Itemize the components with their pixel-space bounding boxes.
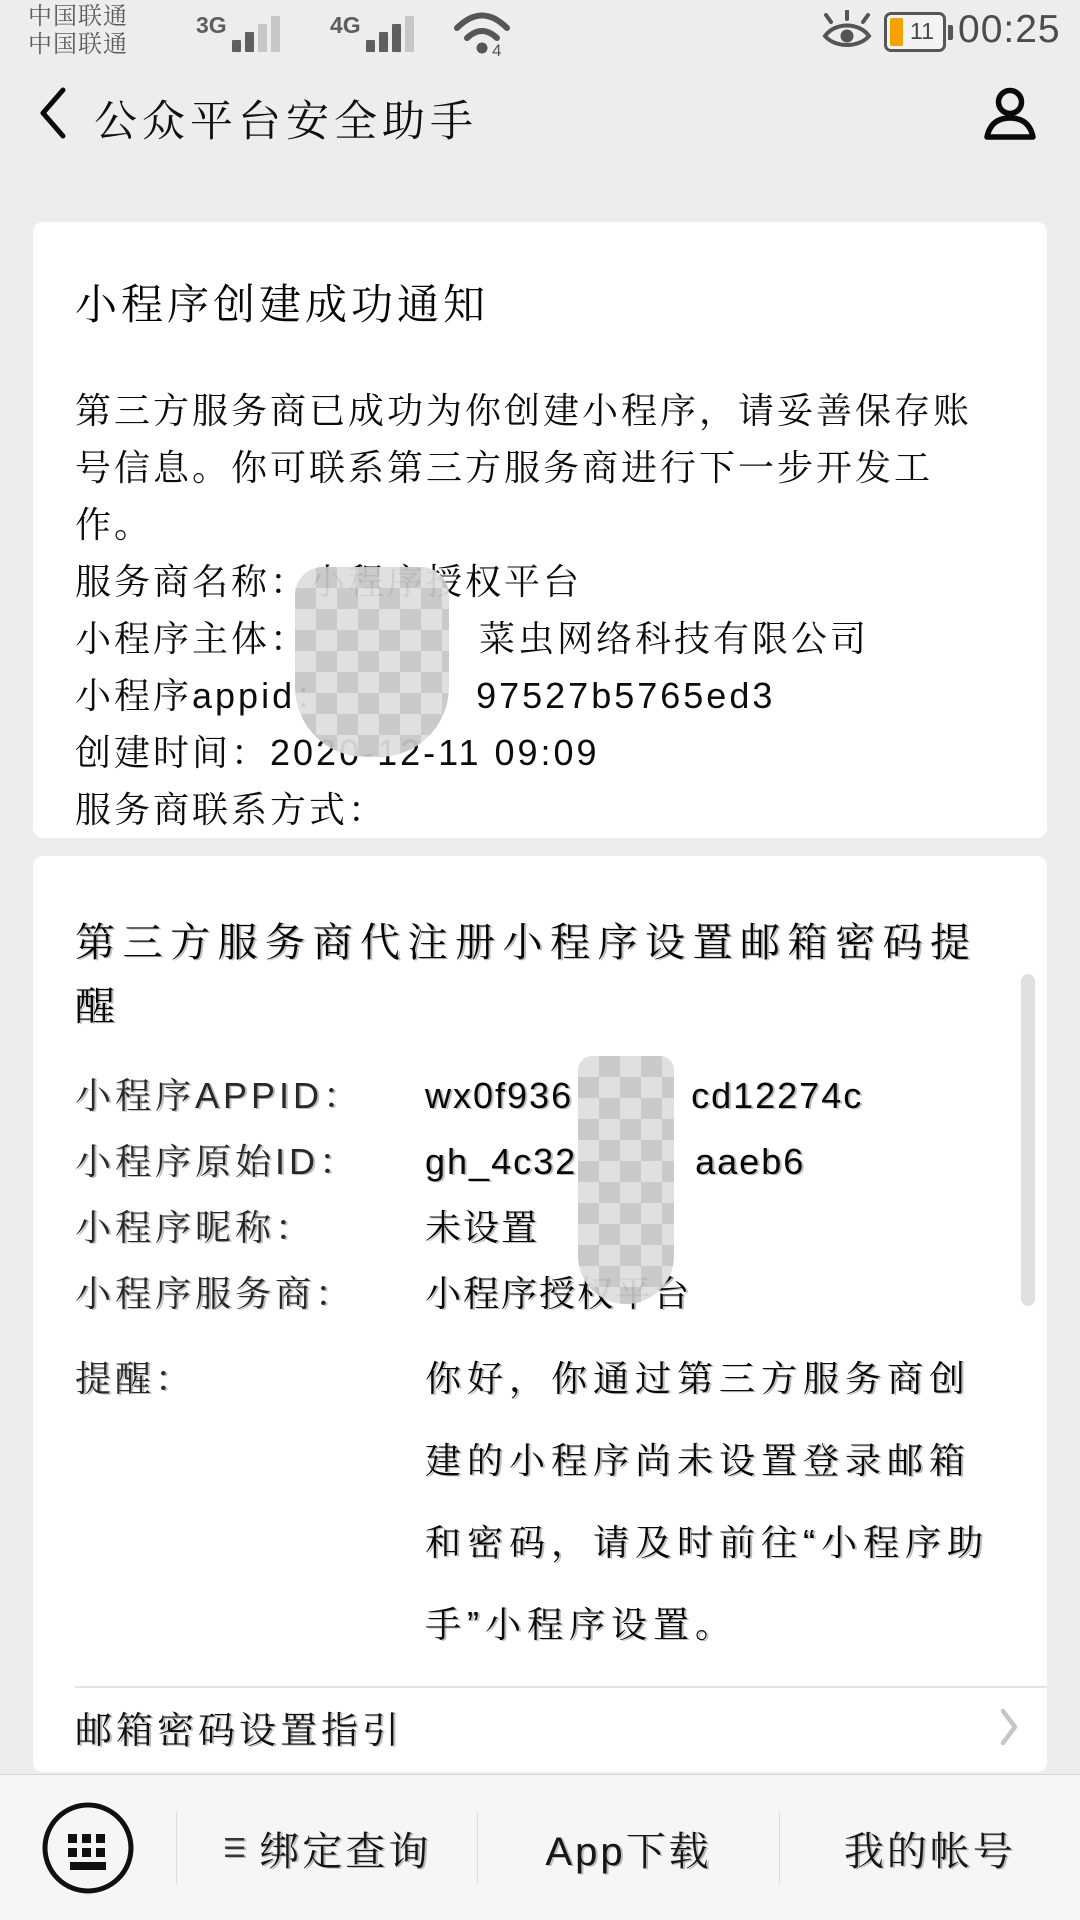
- network-type-3g-label: 3G: [196, 12, 227, 39]
- toolbar-item-app-download[interactable]: App下载: [477, 1812, 778, 1884]
- field-line: 服务商名称：小程序授权平台: [75, 553, 1009, 610]
- scrollbar-thumb[interactable]: [1021, 974, 1035, 1306]
- pixelated-redaction: [578, 1056, 674, 1304]
- field-line: 小程序appid：97527b5765ed3: [75, 667, 1009, 724]
- field-line: 创建时间：2020-12-11 09:09: [75, 724, 1009, 781]
- contact-profile-icon[interactable]: [982, 86, 1038, 142]
- nav-bar: 公众平台安全助手: [0, 62, 1080, 160]
- carrier-name-sim1: 中国联通: [28, 3, 128, 31]
- menu-icon: ☰: [223, 1833, 249, 1864]
- signal-bars-icon: [232, 16, 284, 52]
- row-label: 小程序原始ID：: [75, 1140, 425, 1184]
- toolbar-item-my-account[interactable]: 我的帐号: [779, 1812, 1080, 1884]
- kv-row-reminder: 提醒： 你好，你通过第三方服务商创建的小程序尚未设置登录邮箱和密码，请及时前往“…: [75, 1338, 1009, 1666]
- kv-row-nickname: 小程序昵称： 未设置: [75, 1206, 1009, 1250]
- clock: 00:25: [958, 8, 1061, 52]
- toolbar-item-label: App下载: [545, 1820, 711, 1877]
- email-password-guide-link[interactable]: 邮箱密码设置指引: [75, 1702, 403, 1760]
- battery-fill: [890, 18, 903, 46]
- network-type-4g-label: 4G: [330, 12, 361, 39]
- notice-paragraph: 第三方服务商已成功为你创建小程序，请妥善保存账号信息。你可联系第三方服务商进行下…: [75, 382, 1009, 553]
- wifi-icon: 4: [452, 6, 516, 56]
- pixelated-redaction: [295, 567, 449, 757]
- battery-icon: 11: [884, 12, 953, 52]
- row-label: 小程序APPID：: [75, 1074, 425, 1118]
- kv-row-original-id: 小程序原始ID： gh_4c32aaeb6: [75, 1140, 1009, 1184]
- toolbar-item-label: 我的帐号: [844, 1820, 1016, 1877]
- toolbar-item-label: 绑定查询: [259, 1820, 431, 1877]
- signal-3g: 3G: [196, 12, 284, 52]
- kv-row-appid: 小程序APPID： wx0f936cd12274c: [75, 1074, 1009, 1118]
- eye-comfort-icon: [820, 10, 874, 52]
- key-value-list: 小程序APPID： wx0f936cd12274c 小程序原始ID： gh_4c…: [75, 1074, 1009, 1666]
- row-value: 你好，你通过第三方服务商创建的小程序尚未设置登录邮箱和密码，请及时前往“小程序助…: [425, 1338, 991, 1666]
- field-label: 创建时间：: [75, 732, 270, 773]
- carrier-labels: 中国联通 中国联通: [28, 3, 128, 59]
- field-value: 菜虫网络科技有限公司: [479, 618, 869, 659]
- field-line: 服务商联系方式：: [75, 781, 1009, 838]
- toolbar-item-binding-query[interactable]: ☰ 绑定查询: [176, 1812, 477, 1884]
- card-title: 小程序创建成功通知: [75, 272, 489, 332]
- field-line: 小程序主体：菜虫网络科技有限公司: [75, 610, 1009, 667]
- chat-toolbar: ☰ 绑定查询 App下载 我的帐号: [0, 1774, 1080, 1920]
- field-label: 服务商联系方式：: [75, 789, 387, 830]
- carrier-name-sim2: 中国联通: [28, 31, 128, 59]
- svg-text:4: 4: [492, 41, 501, 56]
- message-card-password-reminder: 第三方服务商代注册小程序设置邮箱密码提醒 小程序APPID： wx0f936cd…: [33, 856, 1047, 1772]
- card-title: 第三方服务商代注册小程序设置邮箱密码提醒: [75, 911, 1019, 1039]
- row-label: 提醒：: [75, 1338, 425, 1666]
- back-icon[interactable]: [36, 86, 68, 140]
- row-label: 小程序昵称：: [75, 1206, 425, 1250]
- status-bar: 中国联通 中国联通 3G 4G 4 11: [0, 0, 1080, 62]
- signal-bars-icon: [366, 16, 418, 52]
- message-card-creation-notice: 小程序创建成功通知 第三方服务商已成功为你创建小程序，请妥善保存账号信息。你可联…: [33, 222, 1047, 838]
- field-value: 97527b5765ed3: [476, 675, 775, 716]
- row-label: 小程序服务商：: [75, 1272, 425, 1316]
- divider: [75, 1686, 1047, 1688]
- kv-row-provider: 小程序服务商： 小程序授权平台: [75, 1272, 1009, 1316]
- row-value: 未设置: [425, 1206, 539, 1250]
- signal-4g: 4G: [330, 12, 418, 52]
- page-title: 公众平台安全助手: [94, 88, 478, 149]
- battery-percent: 11: [903, 18, 941, 45]
- card-body: 第三方服务商已成功为你创建小程序，请妥善保存账号信息。你可联系第三方服务商进行下…: [75, 382, 1009, 838]
- field-label: 服务商名称：: [75, 561, 309, 602]
- keyboard-toggle-button[interactable]: [0, 1799, 176, 1897]
- chevron-right-icon: [999, 1708, 1019, 1746]
- field-label: 小程序主体：: [75, 618, 309, 659]
- keyboard-icon: [39, 1799, 137, 1897]
